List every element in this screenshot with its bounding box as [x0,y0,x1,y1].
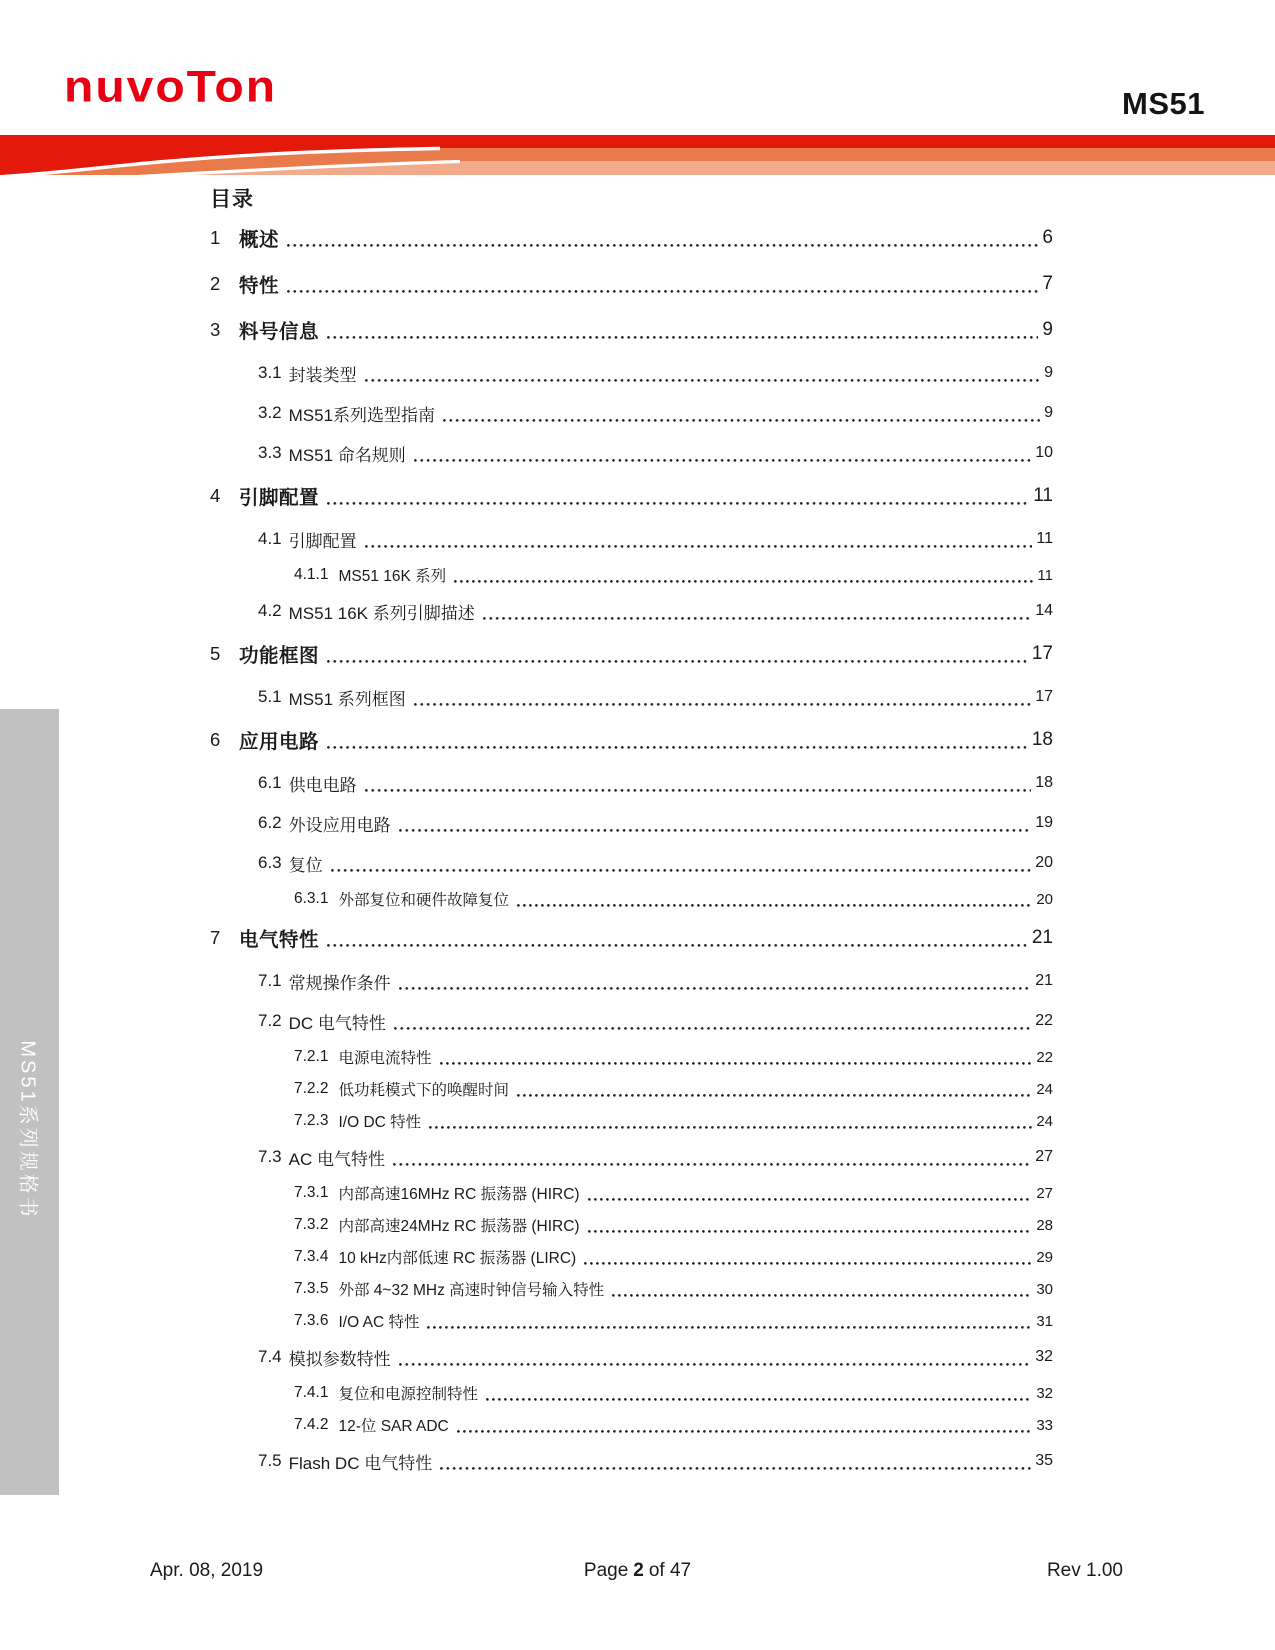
sidebar-strip: MS51系列规格书 [0,709,59,1495]
toc-entry-page: 22 [1036,1049,1053,1066]
toc-heading: 目录 [210,183,1053,215]
toc-entry[interactable]: 7.1 常规操作条件 21 [210,961,1053,1001]
toc-entry[interactable]: 5 功能框图 17 [210,631,1053,677]
banner-stripes [0,135,1275,175]
toc-entry-title: I/O DC 特性 [338,1110,421,1132]
toc-entry[interactable]: 5.1 MS51 系列框图 17 [210,677,1053,717]
toc-entry-page: 21 [1032,927,1053,949]
toc-entry[interactable]: 7.3 AC 电气特性 27 [210,1137,1053,1177]
dot-leader [365,353,1040,393]
toc-entry[interactable]: 7.2 DC 电气特性 22 [210,1001,1053,1041]
toc-entry-title: 封装类型 [289,361,357,386]
toc-entry-page: 32 [1035,1348,1053,1366]
dot-leader [327,631,1028,677]
toc-entry-title: MS51 16K 系列 [338,564,446,586]
toc-entry-number: 7.5 [258,1451,282,1471]
toc-entry[interactable]: 7.2.3 I/O DC 特性 24 [210,1105,1053,1137]
toc-entry-page: 9 [1042,319,1053,341]
toc-entry[interactable]: 7.2.1 电源电流特性 22 [210,1041,1053,1073]
toc-entry[interactable]: 4.2 MS51 16K 系列引脚描述 14 [210,591,1053,631]
toc-entry-number: 4.2 [258,601,282,621]
toc-entry-number: 6.3.1 [294,890,328,908]
toc-entry-number: 7 [210,927,239,949]
toc-entry[interactable]: 3 料号信息 9 [210,307,1053,353]
toc-entry-number: 7.3.5 [294,1280,328,1298]
toc-entry-page: 28 [1036,1217,1053,1234]
toc-entry-number: 3.2 [258,403,282,423]
toc-entry-title: 常规操作条件 [289,969,391,994]
toc-entry-number: 7.4.1 [294,1384,328,1402]
dot-leader [331,843,1032,883]
toc-entry-page: 24 [1036,1113,1053,1130]
dot-leader [457,1409,1033,1441]
toc-entry[interactable]: 7.2.2 低功耗模式下的唤醒时间 24 [210,1073,1053,1105]
footer-page-prefix: Page [584,1560,628,1581]
toc-entry-title: 10 kHz内部低速 RC 振荡器 (LIRC) [338,1246,576,1268]
toc-entry-page: 11 [1033,485,1053,507]
sidebar-vertical-label: MS51系列规格书 [15,1040,44,1219]
dot-leader [287,261,1038,307]
toc-entry-title: MS51 系列框图 [289,685,406,710]
toc-entry[interactable]: 6.2 外设应用电路 19 [210,803,1053,843]
toc-entry-title: 引脚配置 [239,482,319,510]
dot-leader [327,717,1028,763]
footer-page-indicator: Page2of 47 [584,1560,691,1582]
dot-leader [483,591,1031,631]
dot-leader [394,1001,1031,1041]
toc-entry-number: 7.4 [258,1347,282,1367]
toc-entry-number: 4.1.1 [294,566,328,584]
toc-entry[interactable]: 3.3 MS51 命名规则 10 [210,433,1053,473]
toc-entry[interactable]: 7.3.6 I/O AC 特性 31 [210,1305,1053,1337]
dot-leader [414,677,1031,717]
toc-entry-title: 电气特性 [239,924,319,952]
dot-leader [440,1041,1033,1073]
toc-entry-number: 7.3.2 [294,1216,328,1234]
dot-leader [287,215,1038,261]
toc-entry-title: MS51 16K 系列引脚描述 [289,599,475,624]
dot-leader [517,1073,1032,1105]
toc-entry-page: 24 [1036,1081,1053,1098]
toc-entry[interactable]: 7.3.4 10 kHz内部低速 RC 振荡器 (LIRC) 29 [210,1241,1053,1273]
toc-entry-page: 29 [1036,1249,1053,1266]
dot-leader [429,1105,1032,1137]
toc-entry-title: 应用电路 [239,726,319,754]
toc-entry-number: 7.3.4 [294,1248,328,1266]
toc-entry-title: 复位 [289,851,323,876]
toc-entry-page: 27 [1036,1185,1053,1202]
dot-leader [399,961,1032,1001]
toc-entry-page: 21 [1035,972,1053,990]
toc-entry-title: 特性 [239,270,279,298]
toc-entry-number: 6.2 [258,813,282,833]
dot-leader [327,473,1029,519]
toc-entry-title: 电源电流特性 [338,1046,431,1068]
toc-entry-title: MS51 命名规则 [289,441,406,466]
dot-leader [399,803,1032,843]
toc-entry-number: 7.4.2 [294,1416,328,1434]
toc-entry-page: 9 [1044,364,1053,382]
toc-entry-title: Flash DC 电气特性 [289,1449,433,1474]
toc-entry-number: 7.2.3 [294,1112,328,1130]
toc-entry-title: DC 电气特性 [289,1009,386,1034]
toc-entry-number: 7.1 [258,971,282,991]
toc-entry-number: 7.3.6 [294,1312,328,1330]
dot-leader [584,1241,1032,1273]
dot-leader [399,1337,1032,1377]
toc-entry-number: 6.1 [258,773,282,793]
toc-entry[interactable]: 7 电气特性 21 [210,915,1053,961]
footer-page-number: 2 [628,1560,649,1581]
dot-leader [588,1209,1033,1241]
toc-entry-number: 1 [210,227,239,249]
toc-entry[interactable]: 3.2 MS51系列选型指南 9 [210,393,1053,433]
toc-entry-title: 概述 [239,224,279,252]
toc-entry-page: 11 [1036,530,1053,548]
toc-entry-title: 低功耗模式下的唤醒时间 [338,1078,509,1100]
toc-entry-number: 3.1 [258,363,282,383]
toc-entry-page: 35 [1035,1452,1053,1470]
toc-entry-page: 19 [1035,814,1053,832]
toc-entry-title: 外设应用电路 [289,811,391,836]
toc-entry-page: 18 [1035,774,1053,792]
toc-entry-page: 30 [1036,1281,1053,1298]
toc-entry[interactable]: 7.3.1 内部高速16MHz RC 振荡器 (HIRC) 27 [210,1177,1053,1209]
toc-entry-page: 22 [1035,1012,1053,1030]
toc-entry[interactable]: 6.3.1 外部复位和硬件故障复位 20 [210,883,1053,915]
toc-entry-title: I/O AC 特性 [338,1310,419,1332]
dot-leader [327,307,1038,353]
toc-entry-page: 6 [1042,227,1053,249]
toc-entry-title: 功能框图 [239,640,319,668]
dot-leader [365,519,1033,559]
toc-entry-title: 复位和电源控制特性 [338,1382,478,1404]
footer-page-suffix: of 47 [649,1560,691,1581]
toc-entry-page: 33 [1036,1417,1053,1434]
dot-leader [454,559,1033,591]
toc-entry-number: 4 [210,485,239,507]
toc-entry-page: 20 [1036,891,1053,908]
footer-revision: Rev 1.00 [1047,1560,1123,1582]
toc-entry-title: AC 电气特性 [289,1145,385,1170]
toc-entry-title: 料号信息 [239,316,319,344]
dot-leader [414,433,1031,473]
toc-entry[interactable]: 2 特性 7 [210,261,1053,307]
dot-leader [517,883,1032,915]
toc-entry-number: 6.3 [258,853,282,873]
header-banner-graphic [0,135,1275,175]
toc-entry-title: 外部 4~32 MHz 高速时钟信号输入特性 [338,1278,604,1300]
toc-entry[interactable]: 7.4.2 12-位 SAR ADC 33 [210,1409,1053,1441]
toc-entry-page: 10 [1035,444,1053,462]
toc-list: 1 概述 6 2 特性 7 3 料号信息 9 3.1 封装类型 [210,215,1053,1481]
dot-leader [443,393,1040,433]
toc-entry-title: 12-位 SAR ADC [338,1414,448,1436]
document-code: MS51 [1122,86,1205,122]
toc-entry-title: MS51系列选型指南 [289,401,435,426]
toc-entry-page: 20 [1035,854,1053,872]
toc-entry-number: 3 [210,319,239,341]
toc-entry-title: 供电电路 [289,771,357,796]
toc-entry[interactable]: 7.4 模拟参数特性 32 [210,1337,1053,1377]
toc-entry-number: 3.3 [258,443,282,463]
table-of-contents: 目录 1 概述 6 2 特性 7 3 料号信息 9 [210,183,1053,1481]
nuvoton-logo: nuvoTon [64,62,277,113]
dot-leader [588,1177,1033,1209]
toc-entry-title: 模拟参数特性 [289,1345,391,1370]
dot-leader [612,1273,1032,1305]
toc-entry-page: 14 [1035,602,1053,620]
toc-entry-page: 17 [1032,643,1053,665]
toc-entry-number: 7.2.1 [294,1048,328,1066]
dot-leader [427,1305,1032,1337]
toc-entry-page: 17 [1035,688,1053,706]
toc-entry[interactable]: 6.3 复位 20 [210,843,1053,883]
toc-entry-page: 11 [1037,567,1053,584]
toc-entry[interactable]: 7.3.2 内部高速24MHz RC 振荡器 (HIRC) 28 [210,1209,1053,1241]
toc-entry-title: 引脚配置 [289,527,357,552]
dot-leader [327,915,1028,961]
toc-entry-number: 5.1 [258,687,282,707]
dot-leader [393,1137,1031,1177]
dot-leader [440,1441,1031,1481]
toc-entry-number: 2 [210,273,239,295]
toc-entry[interactable]: 4 引脚配置 11 [210,473,1053,519]
toc-entry-number: 7.2 [258,1011,282,1031]
toc-entry-page: 27 [1035,1148,1053,1166]
toc-entry[interactable]: 7.4.1 复位和电源控制特性 32 [210,1377,1053,1409]
dot-leader [365,763,1032,803]
toc-entry-number: 7.3 [258,1147,282,1167]
toc-entry[interactable]: 4.1.1 MS51 16K 系列 11 [210,559,1053,591]
toc-entry-title: 内部高速16MHz RC 振荡器 (HIRC) [338,1182,579,1204]
toc-entry[interactable]: 6.1 供电电路 18 [210,763,1053,803]
toc-entry[interactable]: 4.1 引脚配置 11 [210,519,1053,559]
toc-entry[interactable]: 6 应用电路 18 [210,717,1053,763]
toc-entry-title: 外部复位和硬件故障复位 [338,888,509,910]
toc-entry-page: 31 [1036,1313,1053,1330]
toc-entry-page: 9 [1044,404,1053,422]
toc-entry-number: 7.3.1 [294,1184,328,1202]
toc-entry-page: 18 [1032,729,1053,751]
toc-entry-page: 7 [1042,273,1053,295]
footer-date: Apr. 08, 2019 [150,1560,263,1582]
toc-entry[interactable]: 7.3.5 外部 4~32 MHz 高速时钟信号输入特性 30 [210,1273,1053,1305]
toc-entry[interactable]: 3.1 封装类型 9 [210,353,1053,393]
toc-entry-title: 内部高速24MHz RC 振荡器 (HIRC) [338,1214,579,1236]
toc-entry-page: 32 [1036,1385,1053,1402]
toc-entry-number: 4.1 [258,529,282,549]
toc-entry-number: 6 [210,729,239,751]
toc-entry[interactable]: 1 概述 6 [210,215,1053,261]
toc-entry-number: 7.2.2 [294,1080,328,1098]
dot-leader [486,1377,1032,1409]
toc-entry[interactable]: 7.5 Flash DC 电气特性 35 [210,1441,1053,1481]
toc-entry-number: 5 [210,643,239,665]
